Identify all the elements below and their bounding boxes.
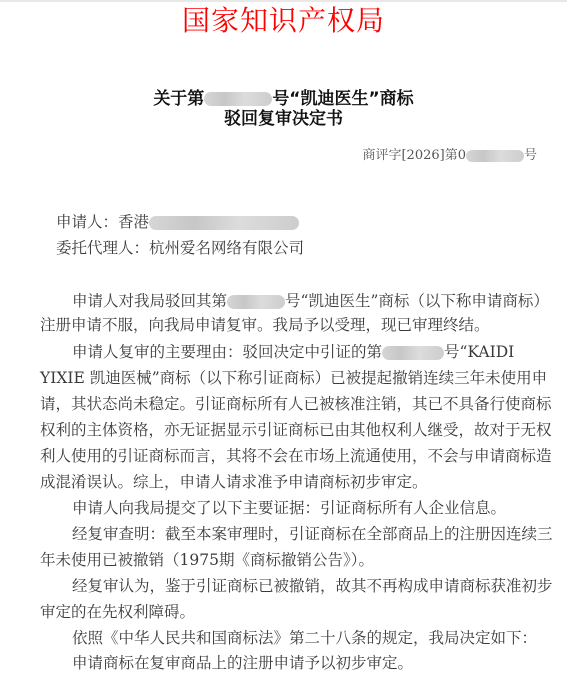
body-line-2: 注册申请不服，向我局申请复审。我局予以受理，现已审理终结。: [40, 315, 490, 335]
title-prefix: 关于第: [153, 89, 204, 109]
document-number-prefix: 商评字[2026]第0: [362, 148, 466, 163]
document-title-line-2: 驳回复审决定书: [0, 108, 567, 130]
redacted-cited-number: [382, 346, 444, 360]
body-line-13: 审定的在先权利障碍。: [40, 602, 195, 622]
body-text: 申请人对我局驳回其第: [72, 292, 227, 310]
body-line-4: YIXIE 凯迪医械”商标（以下称引证商标）已被提起撤销连续三年未使用申: [40, 368, 547, 388]
top-border: [0, 0, 567, 2]
body-text: 号“凯迪医生”商标（以下称申请商标）: [285, 292, 549, 310]
applicant-line: 申请人：香港: [56, 212, 299, 232]
body-line-9: 申请人向我局提交了以下主要证据：引证商标所有人企业信息。: [72, 498, 506, 518]
redacted-document-number: [466, 150, 524, 162]
title-suffix: 号“凯迪医生”商标: [272, 89, 413, 109]
agent-line: 委托代理人：杭州爱名网络有限公司: [56, 238, 304, 258]
body-line-3: 申请人复审的主要理由：驳回决定中引证的第号“KAIDI: [72, 342, 514, 362]
redacted-applicant-name: [149, 216, 299, 230]
body-text: 申请人复审的主要理由：驳回决定中引证的第: [72, 343, 382, 361]
body-line-1: 申请人对我局驳回其第号“凯迪医生”商标（以下称申请商标）: [72, 291, 549, 311]
body-text: 号“KAIDI: [444, 343, 514, 361]
body-line-5: 请，其状态尚未稳定。引证商标所有人已被核准注销，其已不具备行使商标: [40, 394, 552, 414]
body-line-14: 依照《中华人民共和国商标法》第二十八条的规定，我局决定如下：: [72, 628, 537, 648]
redacted-trademark-number: [204, 92, 272, 106]
body-line-7: 利人使用的引证商标而言，其将不会在市场上流通使用，不会与申请商标造: [40, 446, 552, 466]
body-line-11: 年未使用已被撤销（1975期《商标撤销公告》）。: [40, 550, 374, 570]
document-number: 商评字[2026]第0号: [362, 146, 537, 166]
redacted-application-number: [227, 295, 285, 309]
body-line-6: 权利的主体资格，亦无证据显示引证商标已由其他权利人继受，故对于无权: [40, 420, 552, 440]
decision-line: 申请商标在复审商品上的注册申请予以初步审定。: [72, 653, 413, 673]
body-line-8: 成混淆误认。综上，申请人请求准予申请商标初步审定。: [40, 472, 428, 492]
body-line-12: 经复审认为，鉴于引证商标已被撤销，故其不再构成申请商标获准初步: [72, 576, 553, 596]
agency-header: 国家知识产权局: [0, 3, 567, 39]
body-line-10: 经复审查明：截至本案审理时，引证商标在全部商品上的注册因连续三: [72, 524, 553, 544]
document-title-line-1: 关于第号“凯迪医生”商标: [0, 88, 567, 110]
document-number-suffix: 号: [524, 148, 537, 163]
applicant-label: 申请人：香港: [56, 213, 149, 231]
